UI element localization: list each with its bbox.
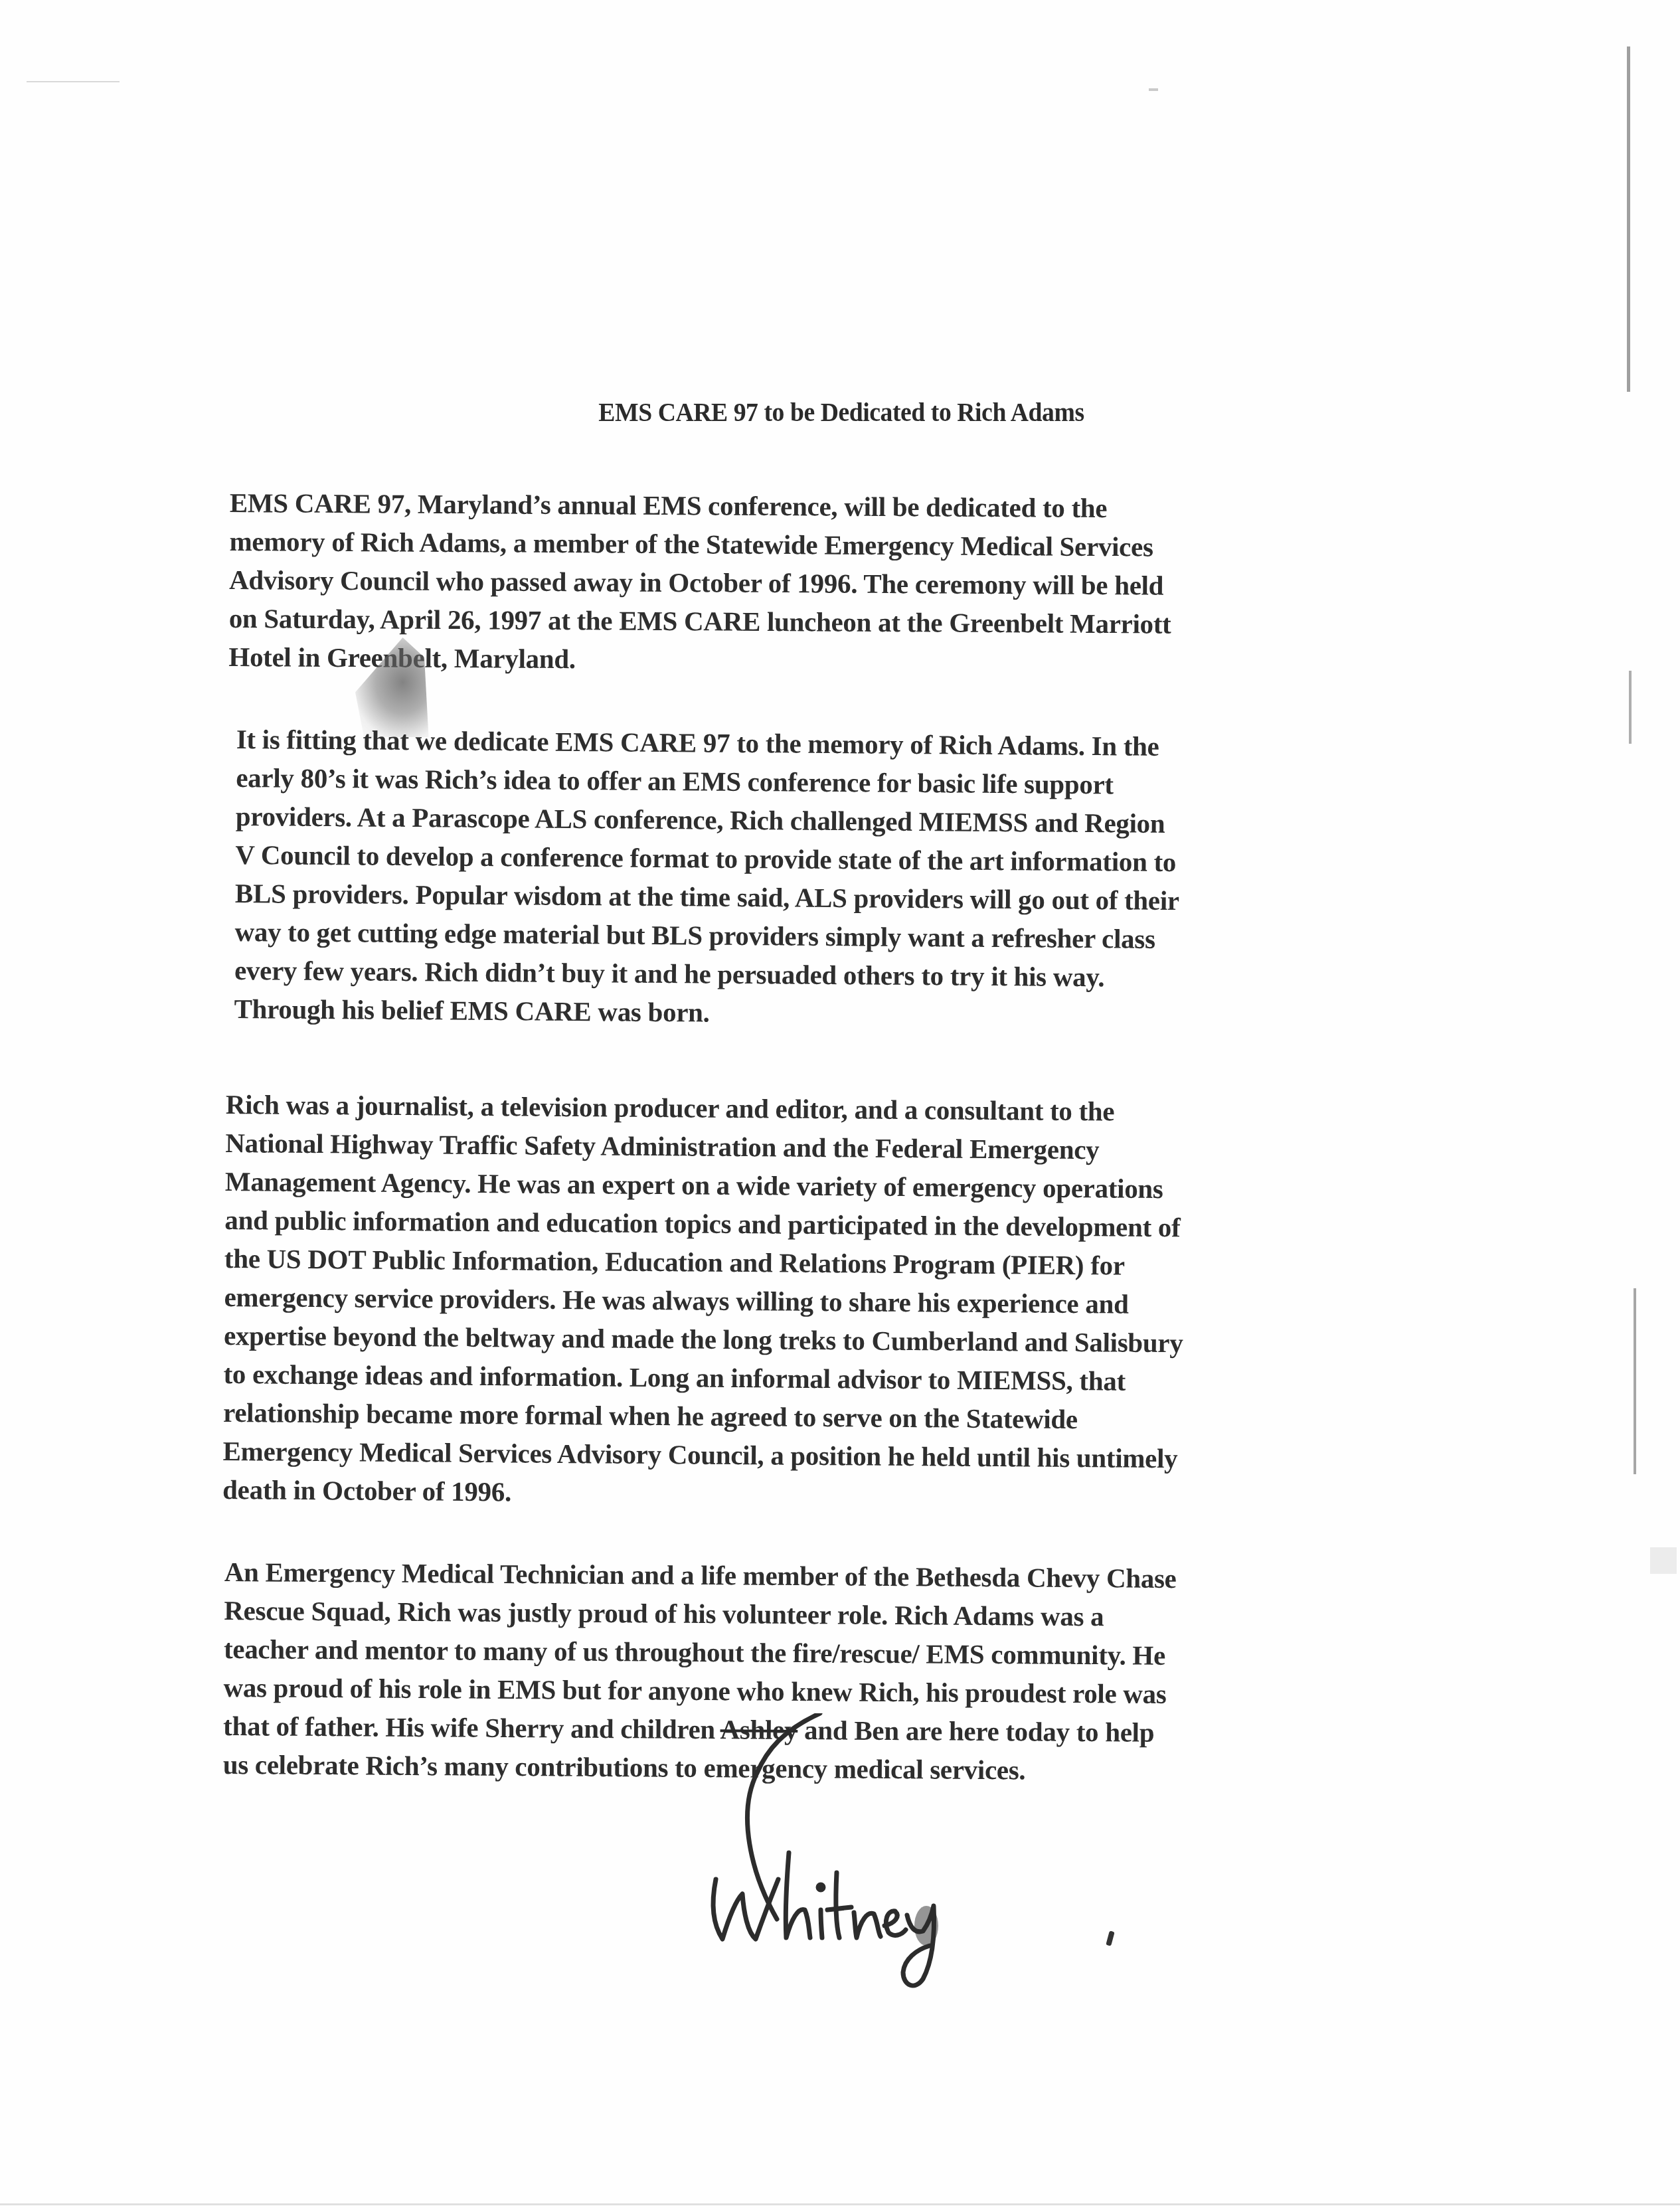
scan-edge-right-1 [1627, 46, 1630, 392]
scan-edge-bottom [0, 2203, 1680, 2205]
paragraph-2: It is fitting that we dedicate EMS CARE … [234, 720, 1511, 1038]
pen-mark [1106, 1930, 1114, 1946]
scanned-page: EMS CARE 97 to be Dedicated to Rich Adam… [0, 0, 1680, 2210]
scan-edge-right-2 [1629, 671, 1632, 744]
paragraph-3: Rich was a journalist, a television prod… [222, 1085, 1501, 1519]
scan-speck-top-left [27, 81, 120, 82]
scan-edge-right-4 [1650, 1547, 1677, 1574]
text-segment: that of father. His wife Sherry and chil… [223, 1711, 720, 1744]
document-title: EMS CARE 97 to be Dedicated to Rich Adam… [68, 396, 1614, 428]
scan-speck-top [1149, 88, 1158, 91]
scan-edge-right-3 [1634, 1288, 1636, 1474]
